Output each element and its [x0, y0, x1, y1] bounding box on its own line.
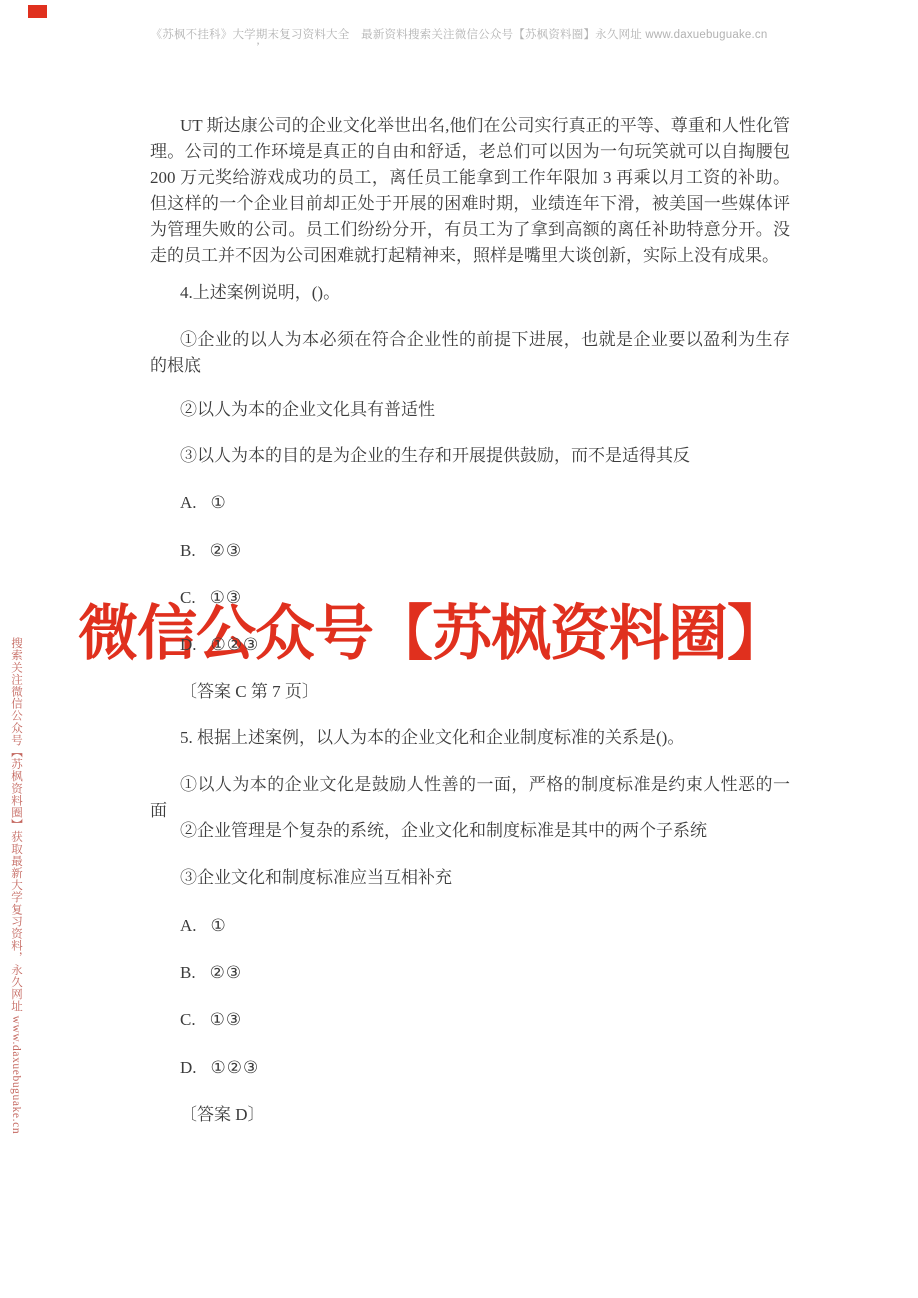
option-label: B. [180, 538, 196, 564]
option-values: ① [211, 916, 227, 935]
question-4-option-d: D.①②③ [150, 632, 790, 658]
question-4-option-a: A.① [150, 490, 790, 516]
question-4-title: 4.上述案例说明，()。 [150, 280, 790, 306]
question-4-option-c: C.①③ [150, 585, 790, 611]
option-values: ①②③ [211, 635, 260, 654]
case-paragraph: UT 斯达康公司的企业文化举世出名,他们在公司实行真正的平等、尊重和人性化管理。… [150, 113, 790, 269]
option-label: D. [180, 1055, 197, 1081]
option-values: ②③ [210, 541, 242, 560]
option-label: B. [180, 960, 196, 986]
option-values: ①③ [210, 1010, 242, 1029]
option-label: C. [180, 585, 196, 611]
option-label: A. [180, 490, 197, 516]
question-5-option-a: A.① [150, 913, 790, 939]
option-label: A. [180, 913, 197, 939]
question-5-statement-2: ②企业管理是个复杂的系统，企业文化和制度标准是其中的两个子系统 [150, 818, 790, 844]
question-5-option-b: B.②③ [150, 960, 790, 986]
question-5-answer: 〔答案 D〕 [150, 1102, 790, 1128]
option-values: ①③ [210, 588, 242, 607]
question-4-statement-1: ①企业的以人为本必须在符合企业性的前提下进展，也就是企业要以盈利为生存的根底 [150, 327, 790, 379]
question-5-statement-1: ①以人为本的企业文化是鼓励人性善的一面，严格的制度标准是约束人性恶的一面 [150, 772, 790, 824]
question-5-option-c: C.①③ [150, 1007, 790, 1033]
option-values: ① [211, 493, 227, 512]
question-4-answer: 〔答案 C 第 7 页〕 [150, 679, 790, 705]
option-label: D. [180, 632, 197, 658]
question-4-option-b: B.②③ [150, 538, 790, 564]
document-content: UT 斯达康公司的企业文化举世出名,他们在公司实行真正的平等、尊重和人性化管理。… [0, 0, 918, 1298]
question-5-statement-3: ③企业文化和制度标准应当互相补充 [150, 865, 790, 891]
question-4-statement-2: ②以人为本的企业文化具有普适性 [150, 397, 790, 423]
document-page: 《苏枫不挂科》大学期末复习资料大全 最新资料搜索关注微信公众号【苏枫资料圈】永久… [0, 0, 918, 1298]
option-values: ②③ [210, 963, 242, 982]
option-values: ①②③ [211, 1058, 260, 1077]
option-label: C. [180, 1007, 196, 1033]
question-5-option-d: D.①②③ [150, 1055, 790, 1081]
question-5-title: 5. 根据上述案例，以人为本的企业文化和企业制度标准的关系是()。 [150, 725, 790, 751]
question-4-statement-3: ③以人为本的目的是为企业的生存和开展提供鼓励，而不是适得其反 [150, 443, 790, 469]
